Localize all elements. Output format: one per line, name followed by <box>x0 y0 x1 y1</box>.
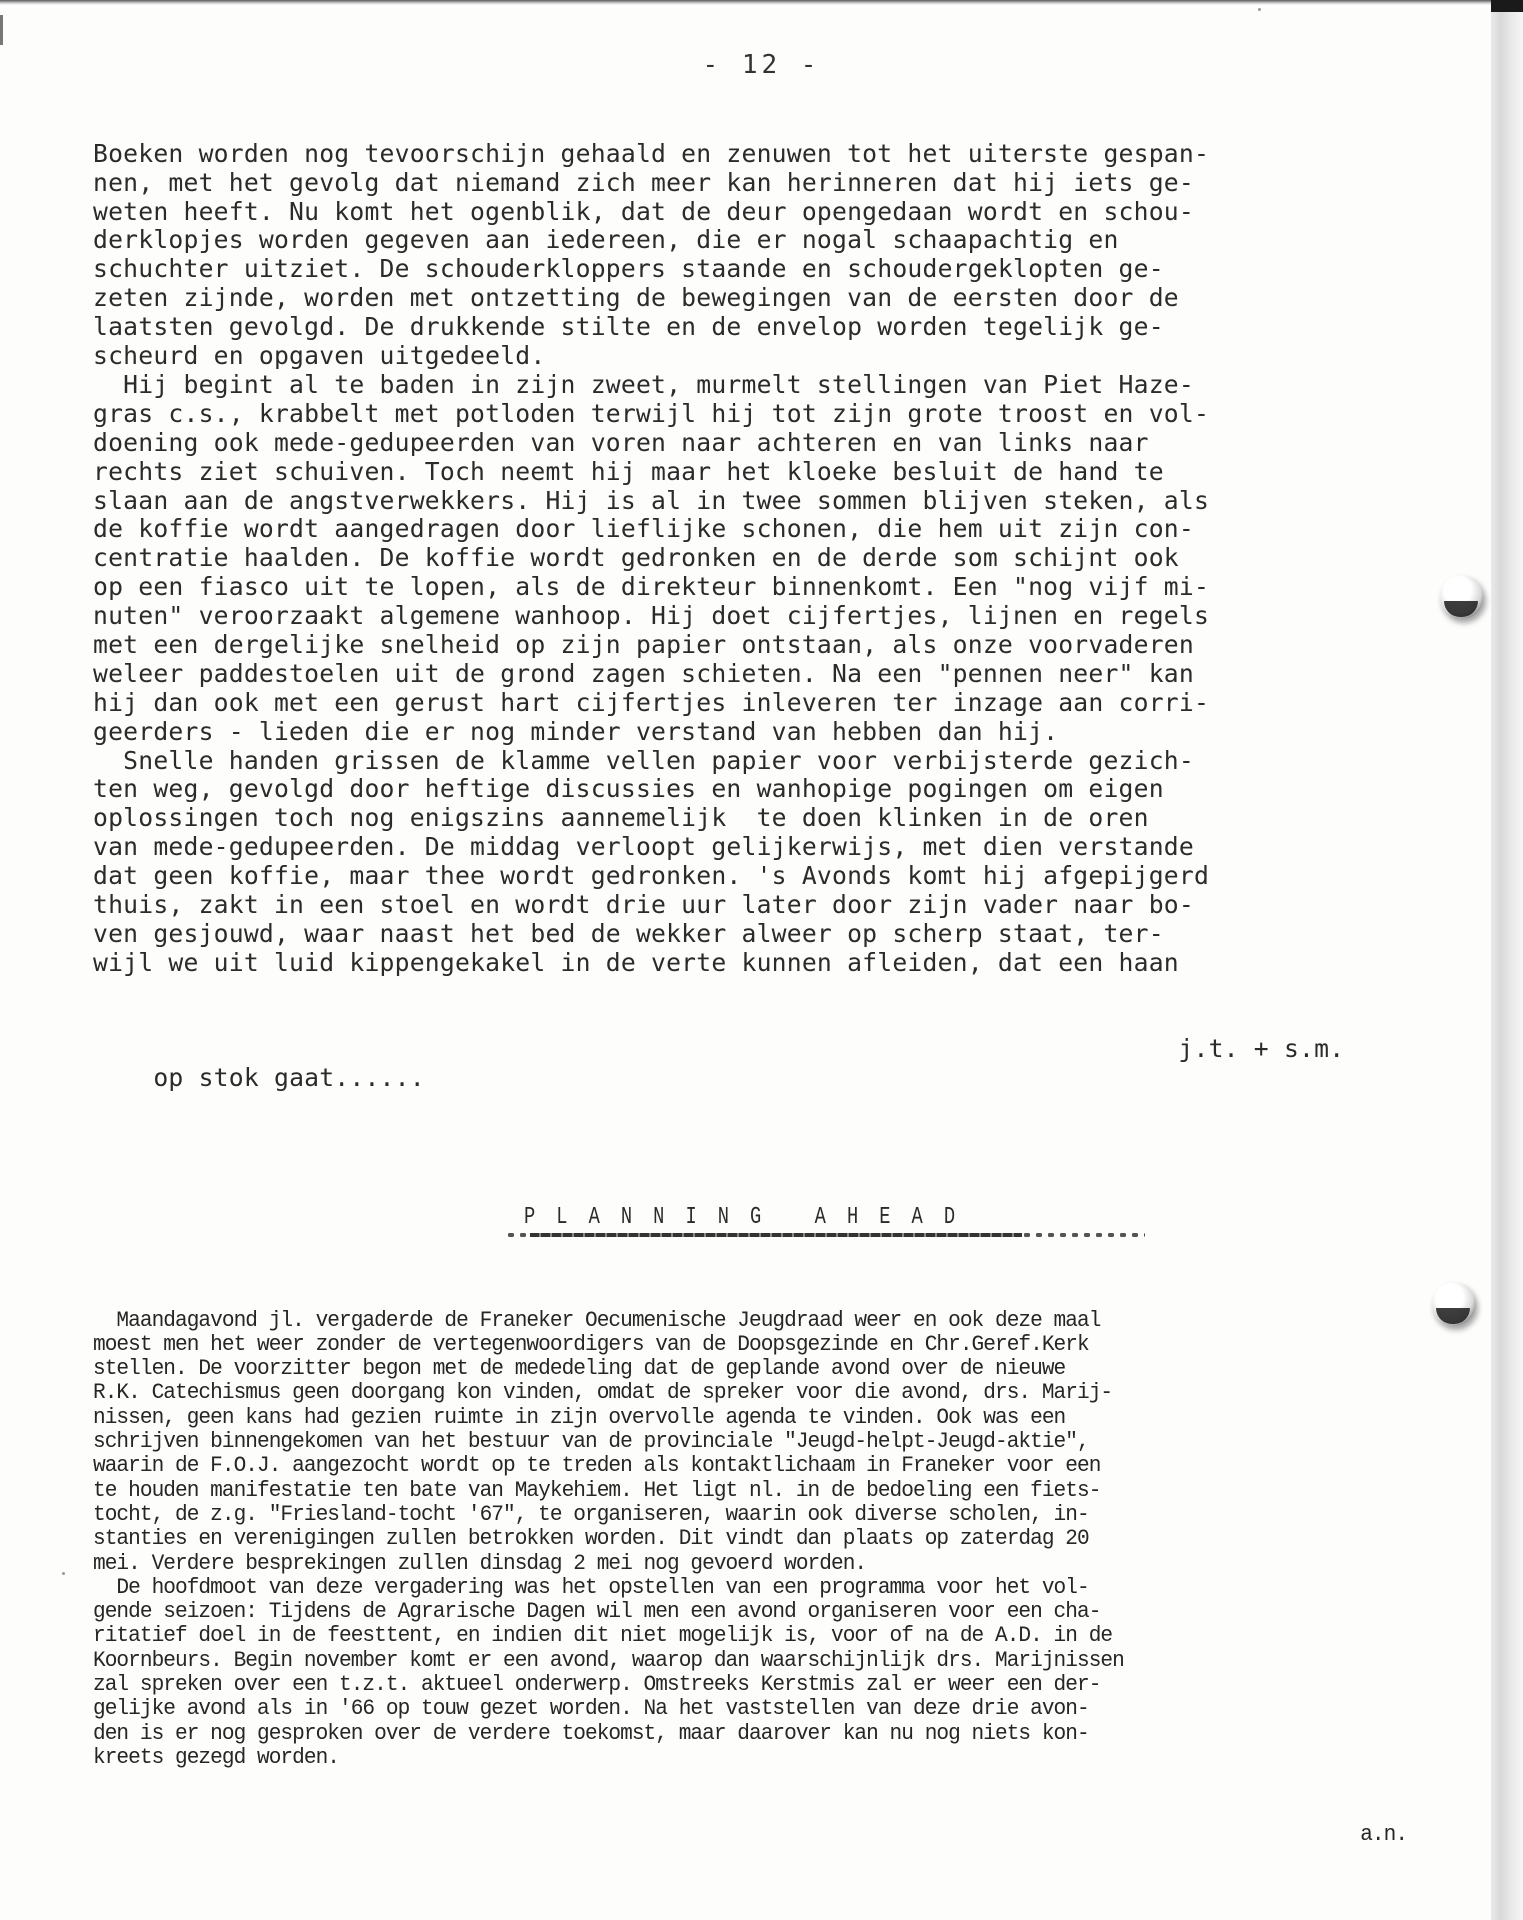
text-line: Boeken worden nog tevoorschijn gehaald e… <box>93 140 1520 169</box>
article-exam-story: Boeken worden nog tevoorschijn gehaald e… <box>93 82 1520 1093</box>
text-line: schrijven binnengekomen van het bestuur … <box>93 1430 1456 1454</box>
text-line: geerders - lieden die er nog minder vers… <box>93 718 1520 747</box>
text-line: moest men het weer zonder de vertegenwoo… <box>93 1333 1456 1357</box>
author-signature: a.n. <box>1360 1823 1407 1847</box>
text-line: De hoofdmoot van deze vergadering was he… <box>93 1576 1456 1600</box>
text-line: doening ook mede-gedupeerden van voren n… <box>93 429 1520 458</box>
text-line: den is er nog gesproken over de verdere … <box>93 1722 1456 1746</box>
text-line: rechts ziet schuiven. Toch neemt hij maa… <box>93 458 1520 487</box>
text-line: centratie haalden. De koffie wordt gedro… <box>93 544 1520 573</box>
author-signature: j.t. + s.m. <box>1178 1035 1344 1064</box>
text-line: mei. Verdere besprekingen zullen dinsdag… <box>93 1552 1456 1576</box>
text-line: weten heeft. Nu komt het ogenblik, dat d… <box>93 198 1520 227</box>
binder-hole-icon <box>1432 1282 1476 1326</box>
text-line: op een fiasco uit te lopen, als de direk… <box>93 573 1520 602</box>
text-line: van mede-gedupeerden. De middag verloopt… <box>93 833 1520 862</box>
binder-hole-icon <box>1440 575 1484 619</box>
text-line: tocht, de z.g. "Friesland-tocht '67", te… <box>93 1503 1456 1527</box>
text-line: oplossingen toch nog enigszins aannemeli… <box>93 804 1520 833</box>
text-line: stellen. De voorzitter begon met de mede… <box>93 1357 1456 1381</box>
text-line: met een dergelijke snelheid op zijn papi… <box>93 631 1520 660</box>
page-left-mark <box>0 15 3 45</box>
text-line: thuis, zakt in een stoel en wordt drie u… <box>93 891 1520 920</box>
page-top-edge <box>0 0 1523 5</box>
text-line: kreets gezegd worden. <box>93 1746 1456 1770</box>
text-line: Maandagavond jl. vergaderde de Franeker … <box>93 1309 1456 1333</box>
text-line: zeten zijnde, worden met ontzetting de b… <box>93 284 1520 313</box>
text-line: dat geen koffie, maar thee wordt gedronk… <box>93 862 1520 891</box>
article-planning-ahead-closing: a.n. <box>93 1819 1456 1845</box>
text-line: Hij begint al te baden in zijn zweet, mu… <box>93 371 1520 400</box>
article-planning-ahead: Maandagavond jl. vergaderde de Franeker … <box>93 1260 1456 1869</box>
text-line: nen, met het gevolg dat niemand zich mee… <box>93 169 1520 198</box>
text-line: weleer paddestoelen uit de grond zagen s… <box>93 660 1520 689</box>
article-planning-ahead-body: Maandagavond jl. vergaderde de Franeker … <box>93 1309 1456 1771</box>
text-line: gende seizoen: Tijdens de Agrarische Dag… <box>93 1600 1456 1624</box>
text-line: ten weg, gevolgd door heftige discussies… <box>93 775 1520 804</box>
heading-dashed-underline <box>530 1233 1022 1237</box>
text-line: slaan aan de angstverwekkers. Hij is al … <box>93 487 1520 516</box>
text-line: de koffie wordt aangedragen door lieflij… <box>93 515 1520 544</box>
text-line: R.K. Catechismus geen doorgang kon vinde… <box>93 1381 1456 1405</box>
text-line: waarin de F.O.J. aangezocht wordt op te … <box>93 1454 1456 1478</box>
text-line: zal spreken over een t.z.t. aktueel onde… <box>93 1673 1456 1697</box>
paper-speck <box>62 1572 65 1575</box>
closing-line: op stok gaat...... <box>153 1063 424 1092</box>
section-heading-planning-ahead: PLANNING AHEAD <box>524 1204 976 1231</box>
article-exam-story-closing: op stok gaat...... j.t. + s.m. <box>93 1035 1520 1064</box>
text-line: schuchter uitziet. De schouderkloppers s… <box>93 255 1520 284</box>
text-line: nuten" veroorzaakt algemene wanhoop. Hij… <box>93 602 1520 631</box>
paper-speck <box>1258 8 1261 11</box>
text-line: gelijke avond als in '66 op touw gezet w… <box>93 1697 1456 1721</box>
text-line: Snelle handen grissen de klamme vellen p… <box>93 747 1520 776</box>
text-line: te houden manifestatie ten bate van Mayk… <box>93 1479 1456 1503</box>
page-corner-shadow <box>1491 0 1523 12</box>
text-line: ritatief doel in de feesttent, en indien… <box>93 1624 1456 1648</box>
text-line: scheurd en opgaven uitgedeeld. <box>93 342 1520 371</box>
text-line: wijl we uit luid kippengekakel in de ver… <box>93 949 1520 978</box>
text-line: stanties en verenigingen zullen betrokke… <box>93 1527 1456 1551</box>
text-line: gras c.s., krabbelt met potloden terwijl… <box>93 400 1520 429</box>
text-line: laatsten gevolgd. De drukkende stilte en… <box>93 313 1520 342</box>
text-line: Koornbeurs. Begin november komt er een a… <box>93 1649 1456 1673</box>
page-number: - 12 - <box>0 50 1523 80</box>
text-line: derklopjes worden gegeven aan iedereen, … <box>93 226 1520 255</box>
text-line: hij dan ook met een gerust hart cijfertj… <box>93 689 1520 718</box>
text-line: ven gesjouwd, waar naast het bed de wekk… <box>93 920 1520 949</box>
text-line: nissen, geen kans had gezien ruimte in z… <box>93 1406 1456 1430</box>
article-exam-story-body: Boeken worden nog tevoorschijn gehaald e… <box>93 140 1520 978</box>
